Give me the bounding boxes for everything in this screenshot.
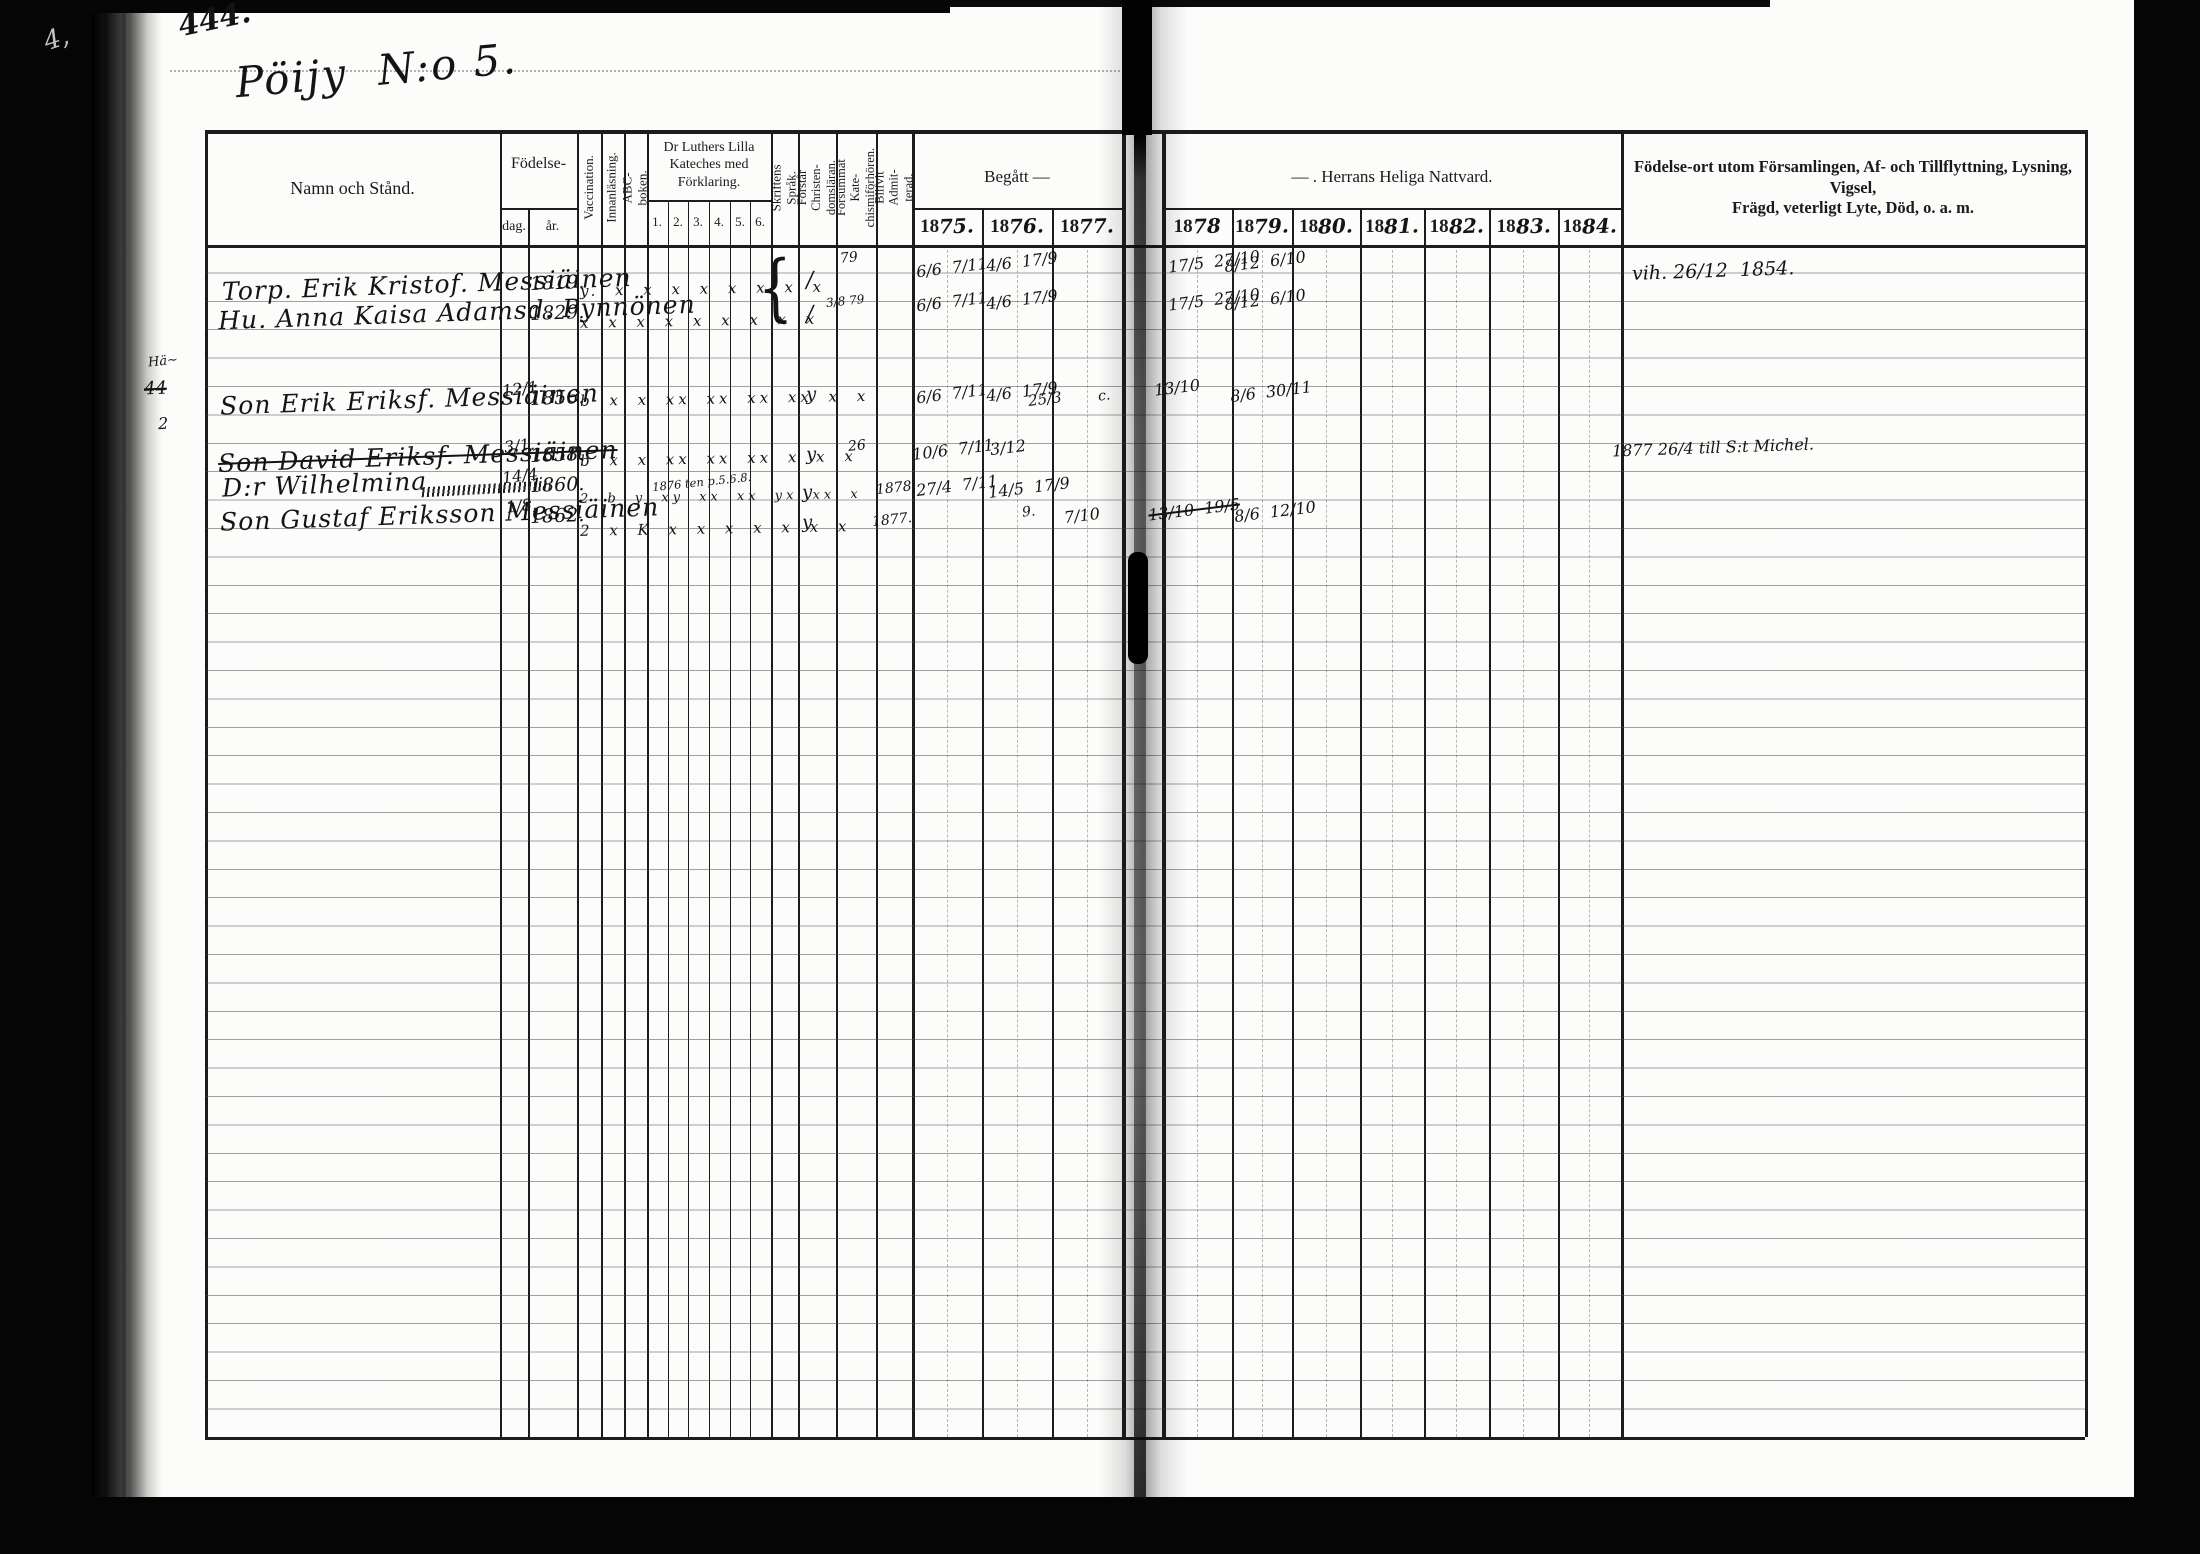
missed-note: 79 <box>839 249 858 267</box>
header-catechism-2: 2. <box>668 200 688 245</box>
header-year-1881: 1881. <box>1360 208 1424 245</box>
header-admitted: Blifvit Admit- terad. <box>876 131 912 244</box>
header-scripture: Skriftens Språk. <box>771 131 798 244</box>
header-catechism-1: 1. <box>647 200 667 245</box>
mark-row: b x x xx xx xx xx x x <box>580 388 802 410</box>
header-year-1876: 1876. <box>982 208 1052 245</box>
header-catechism-group: Dr Luthers Lilla Kateches med Förklaring… <box>647 132 771 198</box>
scan-bottom-border <box>0 1497 2200 1554</box>
understands-mark: y <box>806 444 817 465</box>
header-communion-left: Begått — <box>912 148 1122 206</box>
header-year-1884: 1884. <box>1558 208 1621 245</box>
mark-row: b x x xx xx xx x x x <box>580 448 795 470</box>
margin-dotted-rule <box>170 70 1120 72</box>
understands-mark: y <box>802 512 813 533</box>
margin-scribble: Hä~ <box>147 352 178 370</box>
understands-mark: y <box>806 384 817 405</box>
page-stack-line <box>122 0 126 1500</box>
header-abc-book: ABC-boken. <box>624 131 647 244</box>
header-birth-group: Födelse- <box>500 148 577 180</box>
scan-top-border <box>0 0 950 13</box>
missed-note: 26 <box>847 437 866 455</box>
page-stack-line <box>104 0 108 1500</box>
header-vaccination: Vaccination. <box>577 131 601 244</box>
margin-note: 2 <box>158 414 169 433</box>
header-year-1880: 1880. <box>1292 208 1360 245</box>
header-catechism-4: 4. <box>709 200 729 245</box>
header-catechism-3: 3. <box>688 200 708 245</box>
header-communion-right: — . Herrans Heliga Nattvard. <box>1162 148 1622 206</box>
book-fold-top <box>1122 0 1152 135</box>
edge-handwritten-mark: 4, <box>40 21 73 57</box>
mark-row: x x x x x x x x x <box>580 310 795 332</box>
mark-row: 2 x K x x x x x x x <box>580 518 795 540</box>
header-birth-year: år. <box>528 208 577 245</box>
header-year-1882: 1882. <box>1424 208 1489 245</box>
header-understands: Förstår Christen- domsläran. <box>798 131 836 244</box>
scan-right-border <box>2134 0 2200 1554</box>
grid-vline <box>2085 130 2088 1437</box>
book-fold <box>1134 0 1146 1500</box>
book-fold-blot <box>1128 552 1148 664</box>
book-left-edge <box>92 0 162 1500</box>
header-year-1875: 1875. <box>912 208 982 245</box>
birth-year: 1856. <box>530 386 585 410</box>
header-missed: Försummat Kate- chismiförhören. <box>836 131 876 244</box>
scan-top-border <box>950 0 1770 7</box>
birth-year: 1829. <box>530 301 585 325</box>
header-year-1883: 1883. <box>1489 208 1558 245</box>
communion-1876: 9. <box>1021 503 1036 520</box>
understands-mark: y <box>802 482 813 503</box>
scanned-parish-register-page: 4, 444. Pöijy N:o 5. Hä~ 44 2 Namn och S… <box>0 0 2200 1554</box>
birth-year: 1860. <box>530 473 585 497</box>
header-remarks: Födelse-ort utom Församlingen, Af- och T… <box>1621 132 2085 244</box>
header-birth-day: dag. <box>500 208 528 245</box>
header-year-1879: 1879. <box>1232 208 1292 245</box>
header-catechism-5: 5. <box>730 200 750 245</box>
understands-mark: ∕ <box>806 302 814 327</box>
understands-mark: ∕ <box>806 268 814 293</box>
birth-year: 1819. <box>530 271 585 295</box>
header-name: Namn och Stånd. <box>206 132 499 244</box>
birth-year: 1862. <box>530 504 585 528</box>
margin-note: 44 <box>144 378 168 400</box>
header-catechism-6: 6. <box>750 200 770 245</box>
